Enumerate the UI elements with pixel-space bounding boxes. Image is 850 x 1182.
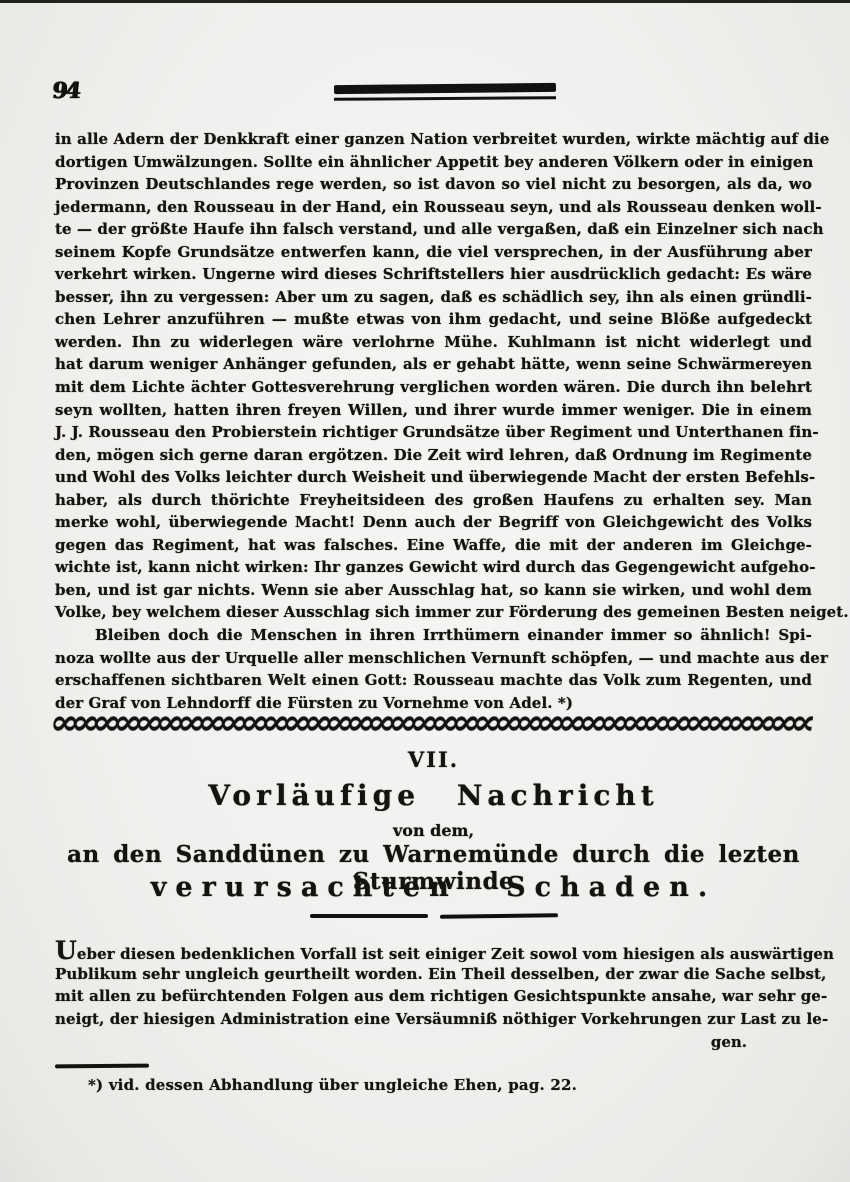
text-line: Provinzen Deutschlandes rege werden, so …: [55, 173, 812, 196]
text-line: Publikum sehr ungleich geurtheilt worden…: [55, 963, 812, 986]
header-rule-ornament: [334, 84, 556, 100]
text-line: merke wohl, überwiegende Macht! Denn auc…: [55, 511, 812, 534]
title-rule-segment: [439, 913, 557, 919]
text-line: J. J. Rousseau den Probierstein richtige…: [55, 421, 812, 444]
footnote-rule: [55, 1064, 149, 1068]
text-line: werden. Ihn zu widerlegen wäre verlohrne…: [55, 331, 812, 354]
text-line: haber, als durch thörichte Freyheitsidee…: [55, 489, 812, 512]
scanned-book-page: 94 in alle Adern der Denkkraft einer gan…: [0, 0, 850, 1182]
text-line: jedermann, den Rousseau in der Hand, ein…: [55, 196, 812, 219]
text-line: ben, und ist gar nichts. Wenn sie aber A…: [55, 579, 812, 602]
body-paragraph-3: Ueber diesen bedenklichen Vorfall ist se…: [55, 940, 812, 1054]
text-line: und Wohl des Volks leichter durch Weishe…: [55, 466, 812, 489]
text-line: seyn wollten, hatten ihren freyen Willen…: [55, 399, 812, 422]
body-paragraph-2: Bleiben doch die Menschen in ihren Irrth…: [55, 624, 812, 714]
title-rule-segment: [310, 914, 428, 918]
scan-edge: [0, 0, 850, 3]
catchword: gen.: [55, 1030, 812, 1054]
text-line: mit dem Lichte ächter Gottesverehrung ve…: [55, 376, 812, 399]
text-line: den, mögen sich gerne daran ergötzen. Di…: [55, 444, 812, 467]
text-line: erschaffenen sichtbaren Welt einen Gott:…: [55, 669, 812, 692]
text-line: besser, ihn zu vergessen: Aber um zu sag…: [55, 286, 812, 309]
text-line: in alle Adern der Denkkraft einer ganzen…: [55, 128, 812, 151]
text-line: dortigen Umwälzungen. Sollte ein ähnlich…: [55, 151, 812, 174]
text-line: hat darum weniger Anhänger gefunden, als…: [55, 353, 812, 376]
text-line: verkehrt wirken. Ungerne wird dieses Sch…: [55, 263, 812, 286]
footnote-text: *) vid. dessen Abhandlung über ungleiche…: [88, 1076, 788, 1094]
text-line: gegen das Regiment, hat was falsches. Ei…: [55, 534, 812, 557]
header-rule-thick: [334, 83, 556, 94]
section-preposition: von dem,: [55, 821, 812, 840]
text-line: te — der größte Haufe ihn falsch verstan…: [55, 218, 812, 241]
text-line: wichte ist, kann nicht wirken: Ihr ganze…: [55, 556, 812, 579]
header-rule-thin: [334, 96, 556, 100]
text-line: Volke, bey welchem dieser Ausschlag sich…: [55, 601, 812, 624]
text-line: Bleiben doch die Menschen in ihren Irrth…: [55, 624, 812, 647]
page-number: 94: [51, 78, 80, 104]
section-numeral: VII.: [55, 747, 812, 772]
body-paragraph-1: in alle Adern der Denkkraft einer ganzen…: [55, 128, 812, 624]
section-subtitle: Vorläufige Nachricht: [55, 779, 812, 812]
text-line: seinem Kopfe Grundsätze entwerfen kann, …: [55, 241, 812, 264]
text-line: neigt, der hiesigen Administration eine …: [55, 1008, 812, 1031]
text-line: Ueber diesen bedenklichen Vorfall ist se…: [55, 940, 812, 963]
section-title-line-2: verursachten Schaden.: [55, 872, 812, 903]
text-line: noza wollte aus der Urquelle aller mensc…: [55, 647, 812, 670]
chain-braid-ornament: ∞∞∞∞∞∞∞∞∞∞∞∞∞∞∞∞∞∞∞∞∞∞∞∞∞∞∞∞∞∞∞∞∞∞∞∞∞∞∞∞…: [47, 704, 815, 744]
text-line: mit allen zu befürchtenden Folgen aus de…: [55, 985, 812, 1008]
text-line: chen Lehrer anzuführen — mußte etwas von…: [55, 308, 812, 331]
title-rule-ornament: [55, 914, 812, 918]
